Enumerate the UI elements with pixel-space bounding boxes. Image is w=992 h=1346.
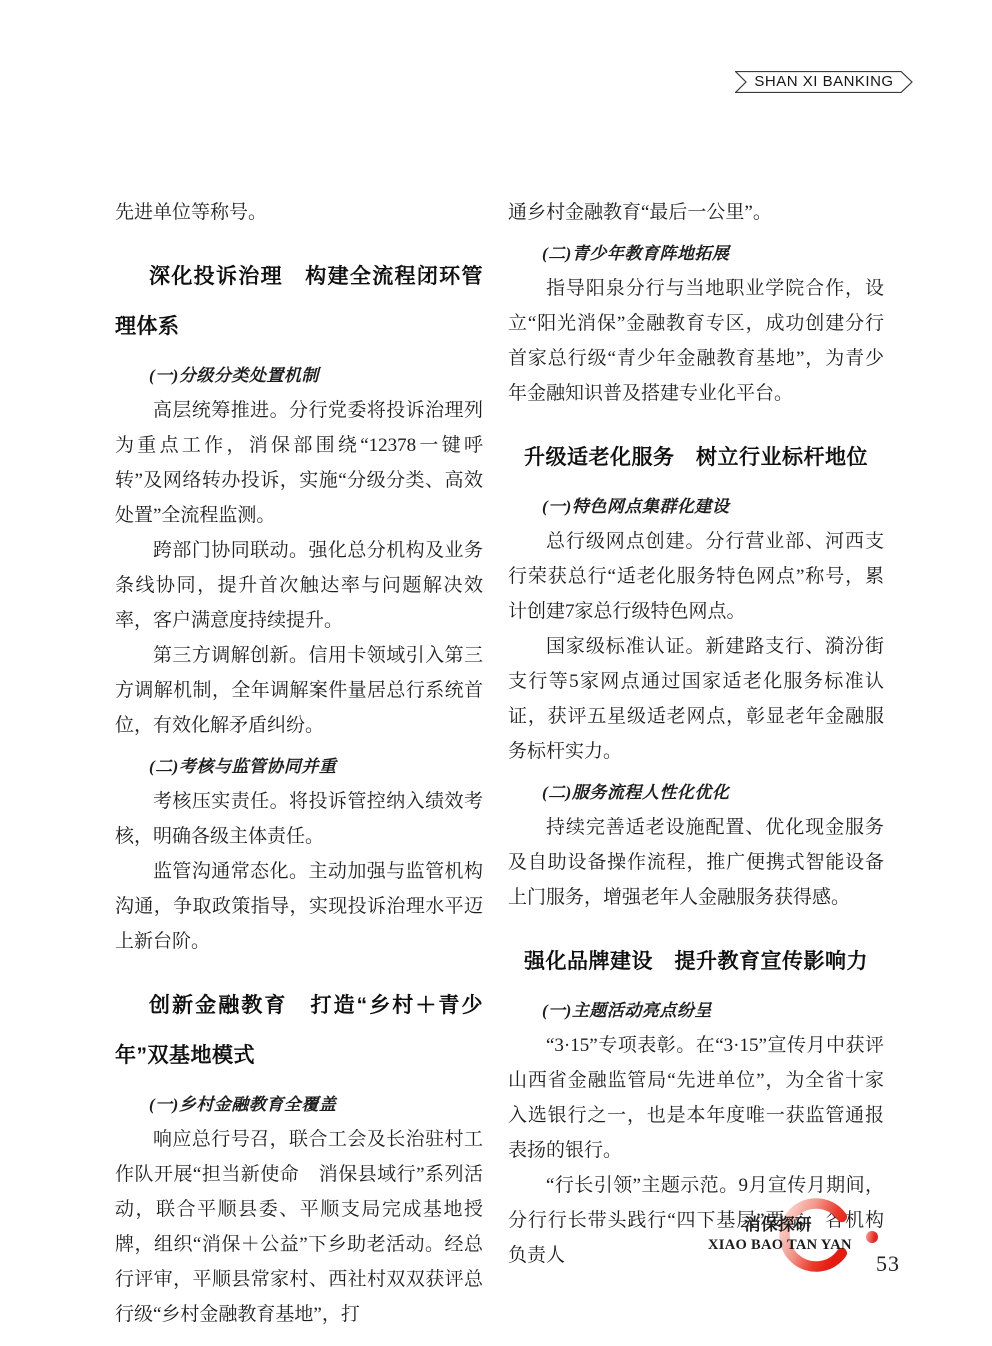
continuation-paragraph: 先进单位等称号。 [115,195,483,230]
logo-subtitle: XIAO BAO TAN YAN [708,1237,832,1254]
body-paragraph: 响应总行号召，联合工会及长治驻村工作队开展“担当新使命 消保县域行”系列活动，联… [115,1122,483,1332]
section-heading: 深化投诉治理 构建全流程闭环管理体系 [115,252,483,352]
body-paragraph: 跨部门协同联动。强化总分机构及业务条线协同，提升首次触达率与问题解决效率，客户满… [115,533,483,638]
section-heading: 升级适老化服务 树立行业标杆地位 [508,433,884,483]
body-paragraph: 持续完善适老设施配置、优化现金服务及自助设备操作流程，推广便携式智能设备上门服务… [508,810,884,915]
body-paragraph: 考核压实责任。将投诉管控纳入绩效考核，明确各级主体责任。 [115,784,483,854]
body-paragraph: “3·15”专项表彰。在“3·15”宣传月中获评山西省金融监管局“先进单位”，为… [508,1028,884,1168]
subsection-heading: (二)服务流程人性化优化 [508,775,884,810]
subsection-heading: (二)青少年教育阵地拓展 [508,236,884,271]
subsection-heading: (二)考核与监管协同并重 [115,749,483,784]
body-paragraph: 国家级标准认证。新建路支行、漪汾街支行等5家网点通过国家适老化服务标准认证，获评… [508,629,884,769]
logo-dot-icon [866,1231,878,1243]
logo-ring-icon [776,1195,856,1275]
continuation-paragraph: 通乡村金融教育“最后一公里”。 [508,195,884,230]
page-number: 53 [876,1251,900,1277]
logo-title: 消保探研 [744,1211,814,1235]
magazine-page: SHAN XI BANKING 先进单位等称号。 深化投诉治理 构建全流程闭环管… [0,0,992,1346]
section-heading: 强化品牌建设 提升教育宣传影响力 [508,937,884,987]
subsection-heading: (一)特色网点集群化建设 [508,489,884,524]
body-paragraph: 第三方调解创新。信用卡领域引入第三方调解机制，全年调解案件量居总行系统首位，有效… [115,638,483,743]
journal-banner: SHAN XI BANKING [735,71,913,93]
right-column: 通乡村金融教育“最后一公里”。 (二)青少年教育阵地拓展 指导阳泉分行与当地职业… [508,195,884,1273]
body-paragraph: 指导阳泉分行与当地职业学院合作，设立“阳光消保”金融教育专区，成功创建分行首家总… [508,271,884,411]
subsection-heading: (一)主题活动亮点纷呈 [508,993,884,1028]
left-column: 先进单位等称号。 深化投诉治理 构建全流程闭环管理体系 (一)分级分类处置机制 … [115,195,483,1332]
body-paragraph: 总行级网点创建。分行营业部、河西支行荣获总行“适老化服务特色网点”称号，累计创建… [508,524,884,629]
body-paragraph: 监管沟通常态化。主动加强与监管机构沟通，争取政策指导，实现投诉治理水平迈上新台阶… [115,854,483,959]
subsection-heading: (一)分级分类处置机制 [115,358,483,393]
banner-label: SHAN XI BANKING [735,71,913,93]
body-paragraph: 高层统筹推进。分行党委将投诉治理列为重点工作，消保部围绕“12378一键呼转”及… [115,393,483,533]
subsection-heading: (一)乡村金融教育全覆盖 [115,1087,483,1122]
section-heading: 创新金融教育 打造“乡村＋青少年”双基地模式 [115,981,483,1081]
